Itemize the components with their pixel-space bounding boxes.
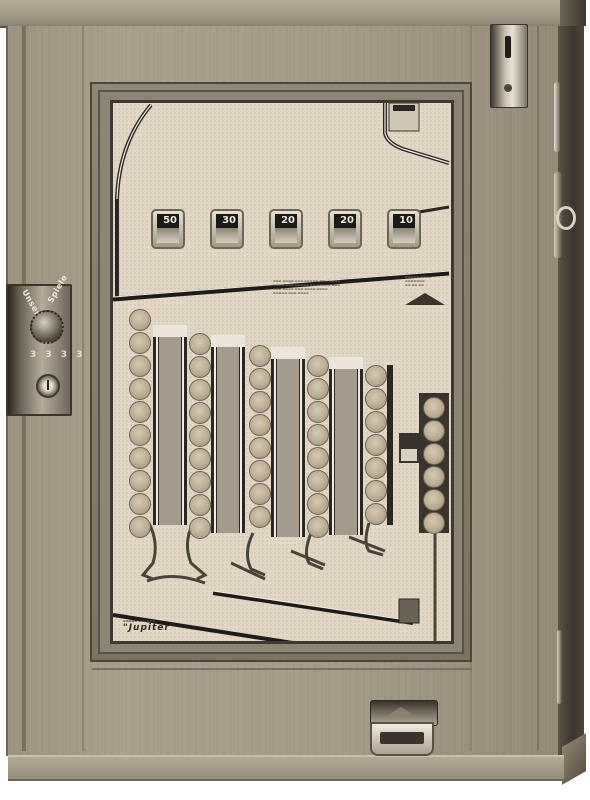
denomination-window-10: 10	[387, 209, 421, 249]
cabinet-base-molding	[8, 755, 564, 781]
coin-column-5	[365, 365, 387, 526]
hinge-top	[554, 82, 560, 152]
jupiter-nameplate: ▬▬▬▬▬ ▬▬▬▬▬▬ "Jupiter"	[123, 619, 176, 633]
coin-column-3	[249, 345, 271, 529]
denomination-value: 20	[275, 214, 297, 228]
coin-column-1	[129, 309, 151, 539]
denomination-window-50: 50	[151, 209, 185, 249]
tray-opening	[380, 732, 424, 744]
denomination-value: 30	[216, 214, 238, 228]
hinge-bottom	[557, 630, 562, 704]
payout-slot-3	[271, 347, 305, 537]
hasp-knob	[504, 84, 512, 92]
denomination-value: 10	[393, 214, 415, 228]
hasp-slot	[505, 36, 511, 58]
window-glass	[393, 228, 415, 243]
window-glass	[275, 228, 297, 243]
denomination-value: 50	[157, 214, 179, 228]
maker-logo-icon	[405, 293, 445, 305]
instruction-text: ▬▬▬ ▬▬▬▬ ▬▬▬ ▬▬▬▬▬ ▬▬▬ ▬▬▬▬▬▬▬▬ ▬▬▬ ▬▬▬▬…	[273, 279, 403, 295]
play-counter: 3 3 3 3	[30, 350, 85, 360]
tray-cup	[370, 722, 434, 756]
coin-column-6	[423, 397, 445, 535]
payout-tray[interactable]	[370, 700, 436, 758]
denomination-window-20: 20	[269, 209, 303, 249]
maker-card: ▬▬▬▬▬ ▬▬▬▬▬▬▬▬▬▬▬▬▬ ▬▬ ▬▬	[405, 275, 449, 305]
guide-rail	[387, 365, 393, 525]
payout-slot-4	[329, 357, 363, 535]
denomination-window-20b: 20	[328, 209, 362, 249]
coin-column-4	[307, 355, 329, 539]
playfield: 50 30 20 20 10 ▬▬▬ ▬▬▬▬ ▬▬▬ ▬▬▬▬▬ ▬▬▬ ▬▬…	[110, 100, 454, 644]
tray-logo-icon	[385, 707, 417, 717]
keyhole-slot	[47, 380, 49, 390]
latch-ring-icon[interactable]	[556, 206, 576, 230]
window-glass	[334, 228, 356, 243]
window-glass	[216, 228, 238, 243]
denomination-value: 20	[334, 214, 356, 228]
door-stile-right-edge	[537, 26, 539, 751]
door-stile-inner	[82, 26, 84, 751]
instruction-card: ▬▬▬ ▬▬▬▬ ▬▬▬ ▬▬▬▬▬ ▬▬▬ ▬▬▬▬▬▬▬▬ ▬▬▬ ▬▬▬▬…	[273, 279, 403, 295]
play-knob[interactable]	[30, 310, 64, 344]
payout-slot-2	[211, 335, 245, 533]
window-glass	[157, 228, 179, 243]
cabinet-top-side	[560, 0, 586, 26]
coin-column-2	[189, 333, 211, 540]
denomination-window-30: 30	[210, 209, 244, 249]
maker-text: ▬▬▬▬▬ ▬▬▬▬▬▬▬▬▬▬▬▬▬ ▬▬ ▬▬	[405, 275, 449, 287]
payout-slot-1	[153, 325, 187, 525]
machine-name: "Jupiter"	[123, 623, 176, 633]
